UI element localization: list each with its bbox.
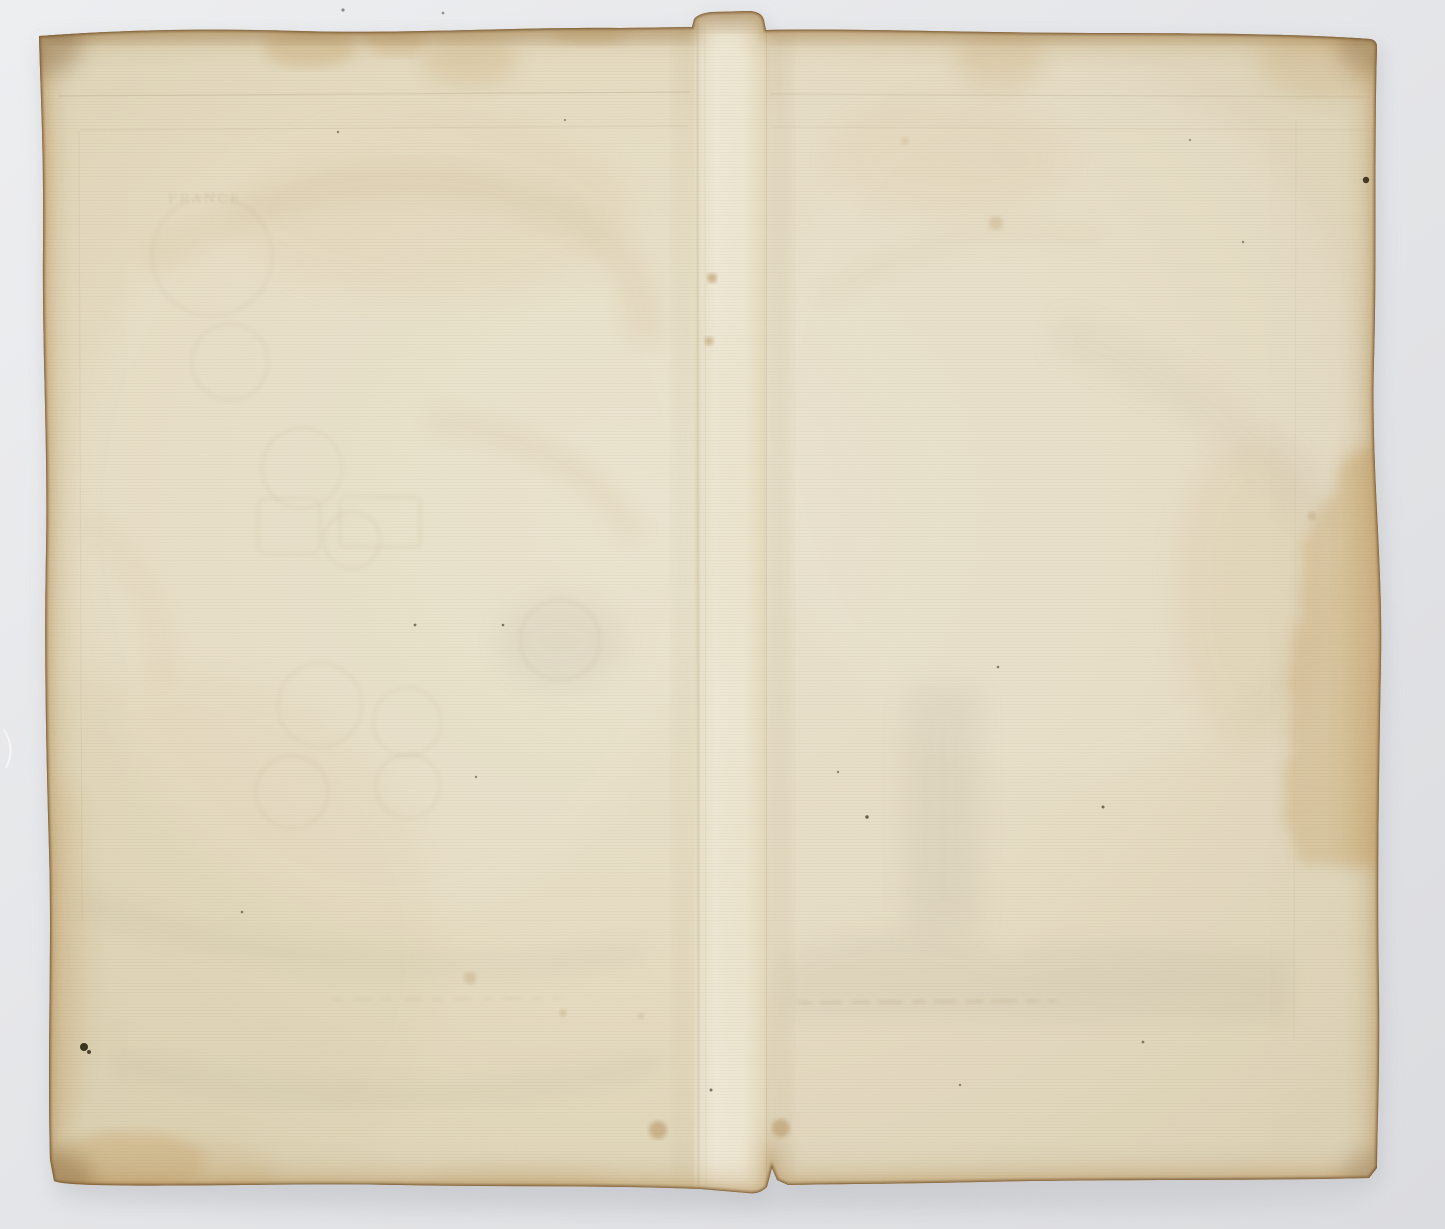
ink-speck xyxy=(475,776,477,778)
ink-speck xyxy=(87,1050,91,1054)
photo-stage: FRANCE xyxy=(0,0,1445,1229)
ink-speck xyxy=(241,911,244,914)
ink-speck xyxy=(997,666,1000,669)
ink-speck xyxy=(564,119,566,121)
photo-canvas: FRANCE xyxy=(0,0,1445,1229)
ink-speck xyxy=(341,8,344,11)
ink-speck xyxy=(414,624,417,627)
ink-speck xyxy=(865,815,868,818)
ink-speck xyxy=(837,771,839,773)
ink-speck xyxy=(80,1043,88,1051)
ink-speck xyxy=(1102,806,1105,809)
ink-speck xyxy=(502,624,505,627)
ink-speck xyxy=(710,1089,713,1092)
ink-speck xyxy=(1242,241,1244,243)
ink-speck xyxy=(1142,1041,1145,1044)
ink-speck xyxy=(1189,139,1191,141)
ink-speck xyxy=(442,12,445,15)
paper-grain xyxy=(30,0,1390,1229)
ink-speck xyxy=(337,131,339,133)
ink-speck xyxy=(1363,177,1369,183)
ink-speck xyxy=(959,1084,961,1086)
